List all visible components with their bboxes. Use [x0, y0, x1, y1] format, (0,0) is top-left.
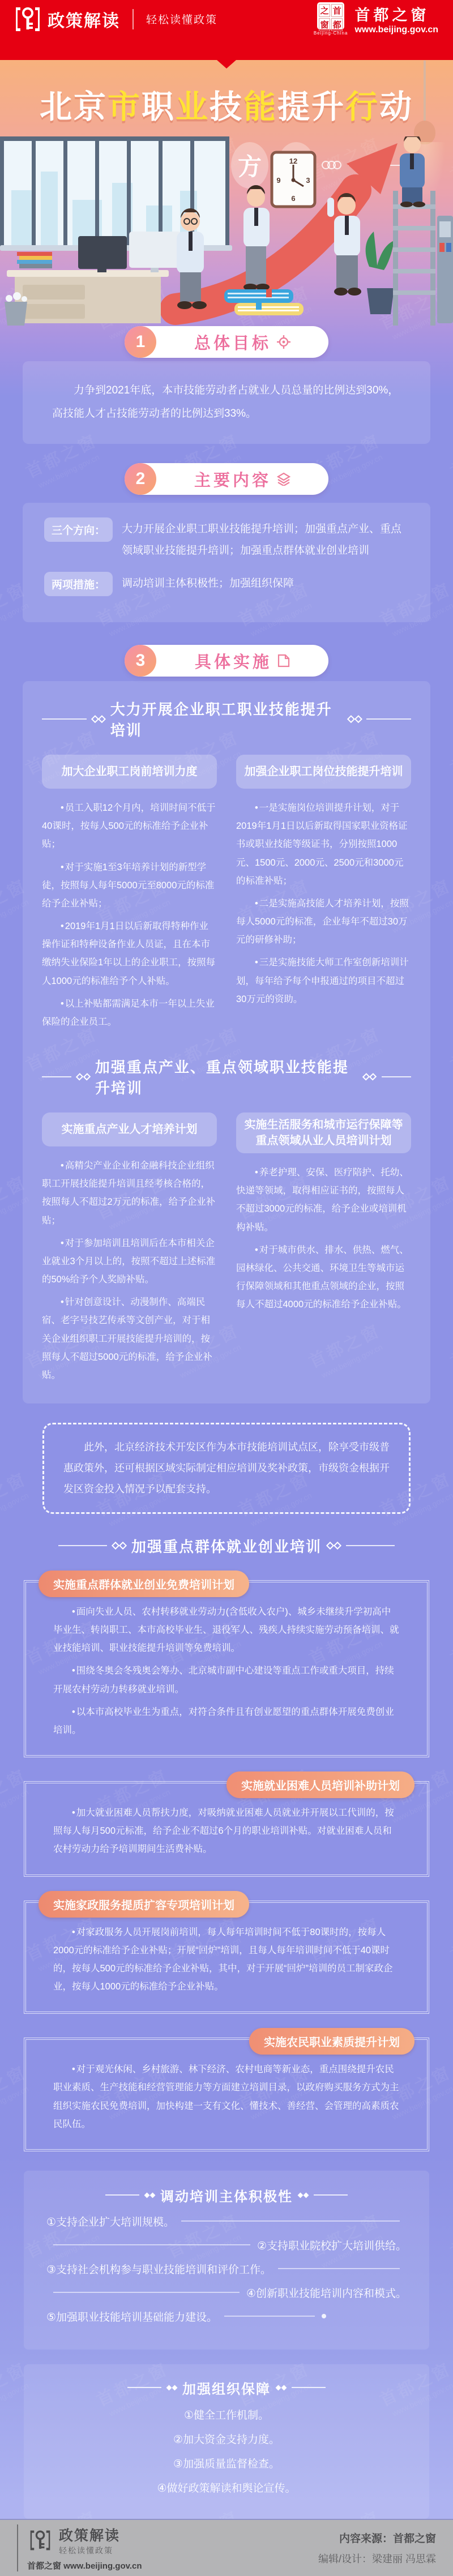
block-title-pill: 实施重点群体就业创业免费培训计划: [39, 1571, 249, 1597]
measures-tag: 两项措施：: [44, 572, 113, 596]
measures-text: 调动培训主体积极性；加强组织保障: [122, 573, 294, 596]
measures-row: 两项措施： 调动培训主体积极性；加强组织保障: [44, 572, 409, 596]
block-title-pill: 实施家政服务提质扩容专项培训计划: [39, 1891, 249, 1918]
key-logo-icon: [15, 5, 41, 33]
brand-title: 政策解读: [48, 7, 120, 32]
content-panel: 三个方向： 大力开展企业职工职业技能提升培训；加强重点产业、重点领域职业技能提升…: [23, 503, 430, 622]
editor-credit: 编辑/设计：梁建丽 冯思霖: [318, 2551, 436, 2566]
footer-brand-subtitle: 轻松读懂政策: [59, 2545, 120, 2556]
column-header: 实施重点产业人才培养计划: [42, 1112, 217, 1146]
svg-text:6: 6: [291, 194, 295, 203]
bullet-item: 围绕冬奥会冬残奥会筹办、北京城市副中心建设等重点工作或重大项目，持续开展农村劳动…: [53, 1662, 400, 1698]
seal-char: 都: [331, 18, 343, 31]
footer-brand-title: 政策解读: [59, 2524, 120, 2545]
implementation-panel: 大力开展企业职工职业技能提升培训 加大企业职工岗前培训力度 员工入职12个月内，…: [23, 681, 430, 1403]
footer-credits: 内容来源：首都之窗 编辑/设计：梁建丽 冯思霖: [318, 2530, 436, 2566]
seal-caption: Beijing-China: [314, 31, 348, 36]
mobilize-panel: 调动培训主体积极性 ①支持企业扩大培训规模。 ②支持职业院校扩大培训供给。 ③支…: [24, 2171, 429, 2350]
column-header: 实施生活服务和城市运行保障等重点领域从业人员培训计划: [236, 1112, 411, 1153]
site-name: 首都之窗: [354, 3, 438, 25]
header-notch: [217, 60, 236, 69]
lamp-cord: [424, 61, 426, 122]
section-title: 总体目标: [194, 331, 271, 354]
bullet-item: 二是实施高技能人才培养计划，按照每人5000元的标准，企业每年不超过30万元的研…: [236, 895, 411, 949]
directions-text: 大力开展企业职工职业技能提升培训；加强重点产业、重点领域职业技能提升培训；加强重…: [122, 519, 409, 562]
mobilize-item: ②支持职业院校扩大培训供给。: [46, 2237, 407, 2253]
organization-item: ③加强质量监督检查。: [46, 2455, 407, 2471]
goal-text: 力争到2021年底，本市技能劳动者占就业人员总量的比例达到30%，高技能人才占技…: [52, 379, 401, 426]
directions-row: 三个方向： 大力开展企业职工职业技能提升培训；加强重点产业、重点领域职业技能提升…: [44, 517, 409, 562]
column-header: 加大企业职工岗前培训力度: [42, 755, 217, 789]
brand-subtitle: 轻松读懂政策: [146, 11, 217, 27]
subsection-3-title: 加强重点群体就业创业培训: [58, 1535, 395, 1556]
subsection-1-title: 大力开展企业职工职业技能提升培训: [42, 698, 411, 740]
city-service-column: 实施生活服务和城市运行保障等重点领域从业人员培训计划 养老护理、安保、医疗陪护、…: [236, 1112, 411, 1389]
bullet-item: 加大就业困难人员帮扶力度，对吸纳就业困难人员就业并开展以工代训的，按照每人每月5…: [53, 1804, 400, 1859]
farmer-quality-block: 实施农民职业素质提升计划 对于观光休闲、乡村旅游、林下经济、农村电商等新业态，重…: [24, 2038, 429, 2151]
bullet-item: 对家政服务人员开展岗前培训，每人每年培训时间不低于80课时的，按每人2000元的…: [53, 1923, 400, 1996]
bullet-item: 针对创意设计、动漫制作、高端民宿、老字号技艺传承等文创产业，对于相关企业组织职工…: [42, 1293, 217, 1384]
domestic-service-block: 实施家政服务提质扩容专项培训计划 对家政服务人员开展岗前培训，每人每年培训时间不…: [24, 1901, 429, 2014]
seal-char: 首: [331, 4, 343, 17]
bullet-item: 养老护理、安保、医疗陪护、托幼、快递等领域，取得相应证书的，按照每人不超过300…: [236, 1163, 411, 1236]
subsection-2-title: 加强重点产业、重点领域职业技能提升培训: [42, 1056, 411, 1098]
post-skill-training-column: 加强企业职工岗位技能提升培训 一是实施岗位培训提升计划，对于2019年1月1日以…: [236, 755, 411, 1035]
mobilize-item: ⑤加强职业技能培训基础能力建设。: [46, 2309, 407, 2324]
directions-tag: 三个方向：: [44, 517, 113, 542]
bullet-item: 三是实施技能大师工作室创新培训计划，每年给予每个申报通过的项目不超过30万元的资…: [236, 953, 411, 1008]
seal-char: 之: [319, 4, 330, 17]
sub1-columns: 加大企业职工岗前培训力度 员工入职12个月内，培训时间不低于40课时，按每人50…: [42, 755, 411, 1035]
svg-text:9: 9: [276, 176, 280, 185]
hero-section: 北京市职业技能提升行动 实 施 方 案: [0, 69, 453, 327]
page-title: 北京市职业技能提升行动: [0, 81, 453, 127]
section-number-badge: 1: [125, 326, 156, 358]
mobilize-item: ①支持企业扩大培训规模。: [46, 2214, 407, 2229]
footer-site-url: 首都之窗 www.beijing.gov.cn: [27, 2560, 142, 2571]
section-title: 主要内容: [194, 468, 271, 491]
pre-job-training-column: 加大企业职工岗前培训力度 员工入职12个月内，培训时间不低于40课时，按每人50…: [42, 755, 217, 1035]
document-icon: [277, 654, 290, 667]
bullet-item: 一是实施岗位培训提升计划，对于2019年1月1日以后新取得国家职业资格证书或职业…: [236, 799, 411, 890]
bullet-item: 对于城市供水、排水、供热、燃气、园林绿化、公共交通、环境卫生等城市运行保障领域和…: [236, 1241, 411, 1314]
infographic-page: 首都之窗www.beijing.gov.cn首都之窗www.beijing.go…: [0, 0, 453, 2576]
column-header: 加强企业职工岗位技能提升培训: [236, 755, 411, 789]
section-2-header: 主要内容 2 主要内容: [125, 463, 328, 495]
mobilize-item: ③支持社会机构参与职业技能培训和评价工作。: [46, 2261, 407, 2277]
bullet-item: 以本市高校毕业生为重点，对符合条件且有创业愿望的重点群体开展免费创业培训。: [53, 1703, 400, 1739]
free-training-block: 实施重点群体就业创业免费培训计划 面向失业人员、农村转移就业劳动力(含低收入农户…: [24, 1580, 429, 1757]
footer-brand: 政策解读 轻松读懂政策 首都之窗 www.beijing.gov.cn: [17, 2524, 142, 2571]
brand-divider: [133, 9, 134, 29]
section-title: 具体实施: [195, 649, 272, 673]
seal-logo: 之 首 窗 都 Beijing-China: [314, 2, 348, 36]
seal-char: 窗: [319, 18, 330, 31]
content-source: 内容来源：首都之窗: [318, 2530, 436, 2545]
target-icon: [277, 335, 290, 349]
bullet-item: 以上补贴都需满足本市一年以上失业保险的企业员工。: [42, 995, 217, 1031]
group-training-blocks: 实施重点群体就业创业免费培训计划 面向失业人员、农村转移就业劳动力(含低收入农户…: [24, 1556, 429, 2151]
section-number-badge: 3: [125, 645, 156, 677]
mobilize-title: 调动培训主体积极性: [46, 2185, 407, 2205]
organization-title: 加强组织保障: [46, 2378, 407, 2398]
organization-item: ④做好政策解读和舆论宣传。: [46, 2480, 407, 2495]
bullet-item: 对于实施1至3年培养计划的新型学徒，按照每人每年5000元至8000元的标准给予…: [42, 858, 217, 913]
bullet-item: 对于参加培训且培训后在本市相关企业就业3个月以上的，按照不超过上述标准的50%给…: [42, 1234, 217, 1289]
bullet-item: 高精尖产业企业和金融科技企业组织职工开展技能提升培训且经考核合格的，按照每人不超…: [42, 1157, 217, 1230]
bullet-item: 对于观光休闲、乡村旅游、林下经济、农村电商等新业态，重点围绕提升农民职业素质、生…: [53, 2060, 400, 2133]
organization-item: ①健全工作机制。: [46, 2407, 407, 2422]
policy-brand: 政策解读 轻松读懂政策: [15, 5, 217, 33]
block-title-pill: 实施就业困难人员培训补助计划: [226, 1771, 414, 1798]
section-3-header: 具体实施 3 具体实施: [125, 645, 328, 677]
pilot-zone-note: 此外，北京经济技术开发区作为本市技能培训试点区，除享受市级普惠政策外，还可根据区…: [42, 1423, 411, 1514]
office-illustration: 12 3 6 9: [0, 136, 453, 326]
svg-text:12: 12: [289, 157, 297, 165]
key-logo-icon: [27, 2526, 53, 2554]
site-url: www.beijing.gov.cn: [354, 25, 438, 35]
key-industry-column: 实施重点产业人才培养计划 高精尖产业企业和金融科技企业组织职工开展技能提升培训且…: [42, 1112, 217, 1389]
site-brand: 之 首 窗 都 Beijing-China 首都之窗 www.beijing.g…: [314, 2, 438, 36]
bullet-item: 员工入职12个月内，培训时间不低于40课时，按每人500元的标准给予企业补贴；: [42, 799, 217, 854]
sub2-columns: 实施重点产业人才培养计划 高精尖产业企业和金融科技企业组织职工开展技能提升培训且…: [42, 1112, 411, 1389]
block-title-pill: 实施农民职业素质提升计划: [249, 2028, 414, 2055]
organization-item: ②加大资金支持力度。: [46, 2431, 407, 2446]
bullet-item: 2019年1月1日以后新取得特种作业操作证和特种设备作业人员证，且在本市缴纳失业…: [42, 917, 217, 990]
top-header-bar: 政策解读 轻松读懂政策 之 首 窗 都 Beijing-China 首都之窗 w…: [0, 0, 453, 60]
goal-panel: 力争到2021年底，本市技能劳动者占就业人员总量的比例达到30%，高技能人才占技…: [23, 361, 430, 444]
organization-panel: 加强组织保障 ①健全工作机制。 ②加大资金支持力度。 ③加强质量监督检查。 ④做…: [24, 2364, 429, 2519]
footer-bar: 政策解读 轻松读懂政策 首都之窗 www.beijing.gov.cn 内容来源…: [0, 2519, 453, 2576]
section-number-badge: 2: [125, 463, 156, 495]
mobilize-item: ④创新职业技能培训内容和模式。: [46, 2285, 407, 2300]
layers-icon: [277, 472, 290, 486]
bullet-item: 面向失业人员、农村转移就业劳动力(含低收入农户)、城乡未继续升学初高中毕业生、转…: [53, 1603, 400, 1658]
svg-text:3: 3: [306, 176, 310, 185]
section-1-header: 总体目标 1 总体目标: [125, 326, 328, 358]
employment-difficulty-block: 实施就业困难人员培训补助计划 加大就业困难人员帮扶力度，对吸纳就业困难人员就业并…: [24, 1781, 429, 1877]
